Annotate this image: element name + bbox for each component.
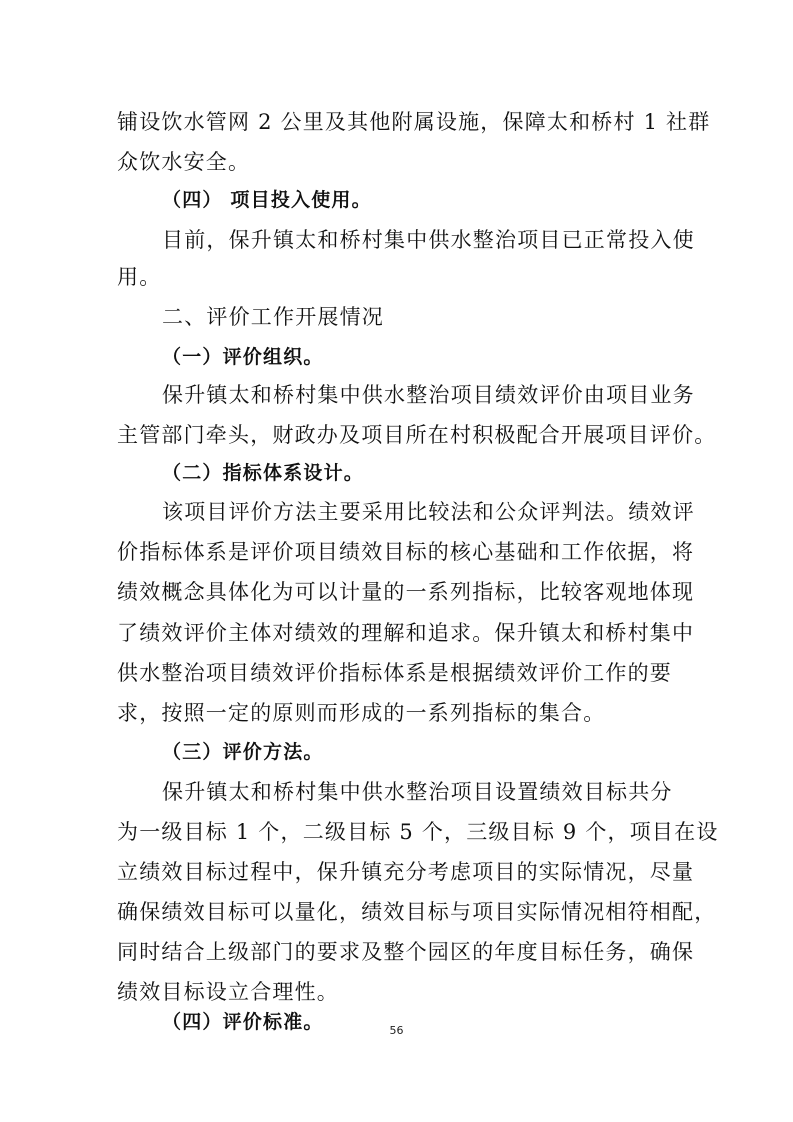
- section-heading: （二）指标体系设计。: [162, 460, 364, 486]
- paragraph-line: 绩效目标设立合理性。: [117, 979, 339, 1005]
- page-number: 56: [0, 1024, 793, 1037]
- section-heading: （三）评价方法。: [162, 739, 324, 765]
- paragraph-line: 为一级目标 1 个，二级目标 5 个，三级目标 9 个，项目在设: [117, 819, 719, 845]
- paragraph-line: 绩效概念具体化为可以计量的一系列指标，比较客观地体现: [117, 579, 694, 605]
- paragraph-line: 保升镇太和桥村集中供水整治项目设置绩效目标共分: [162, 779, 673, 805]
- paragraph-line: 供水整治项目绩效评价指标体系是根据绩效评价工作的要: [117, 660, 672, 686]
- paragraph-line: 众饮水安全。: [117, 149, 250, 175]
- section-heading: （四） 项目投入使用。: [162, 187, 372, 213]
- paragraph-line: 确保绩效目标可以量化，绩效目标与项目实际情况相符相配，: [117, 899, 716, 925]
- chapter-heading: 二、评价工作开展情况: [162, 304, 384, 330]
- paragraph-line: 价指标体系是评价项目绩效目标的核心基础和工作依据，将: [117, 539, 694, 565]
- paragraph-line: 主管部门牵头，财政办及项目所在村积极配合开展项目评价。: [117, 422, 716, 448]
- section-heading: （一）评价组织。: [162, 344, 324, 370]
- paragraph-line: 目前，保升镇太和桥村集中供水整治项目已正常投入使: [162, 227, 695, 253]
- paragraph-line: 立绩效目标过程中，保升镇充分考虑项目的实际情况，尽量: [117, 859, 694, 885]
- paragraph-line: 用。: [117, 264, 161, 290]
- paragraph-line: 求，按照一定的原则而形成的一系列指标的集合。: [117, 700, 605, 726]
- document-page: 铺设饮水管网 2 公里及其他附属设施，保障太和桥村 1 社群 众饮水安全。 （四…: [0, 0, 793, 1122]
- paragraph-line: 了绩效评价主体对绩效的理解和追求。保升镇太和桥村集中: [117, 620, 694, 646]
- paragraph-line: 该项目评价方法主要采用比较法和公众评判法。绩效评: [162, 499, 695, 525]
- paragraph-line: 保升镇太和桥村集中供水整治项目绩效评价由项目业务: [162, 382, 695, 408]
- paragraph-line: 铺设饮水管网 2 公里及其他附属设施，保障太和桥村 1 社群: [117, 109, 710, 135]
- paragraph-line: 同时结合上级部门的要求及整个园区的年度目标任务，确保: [117, 939, 694, 965]
